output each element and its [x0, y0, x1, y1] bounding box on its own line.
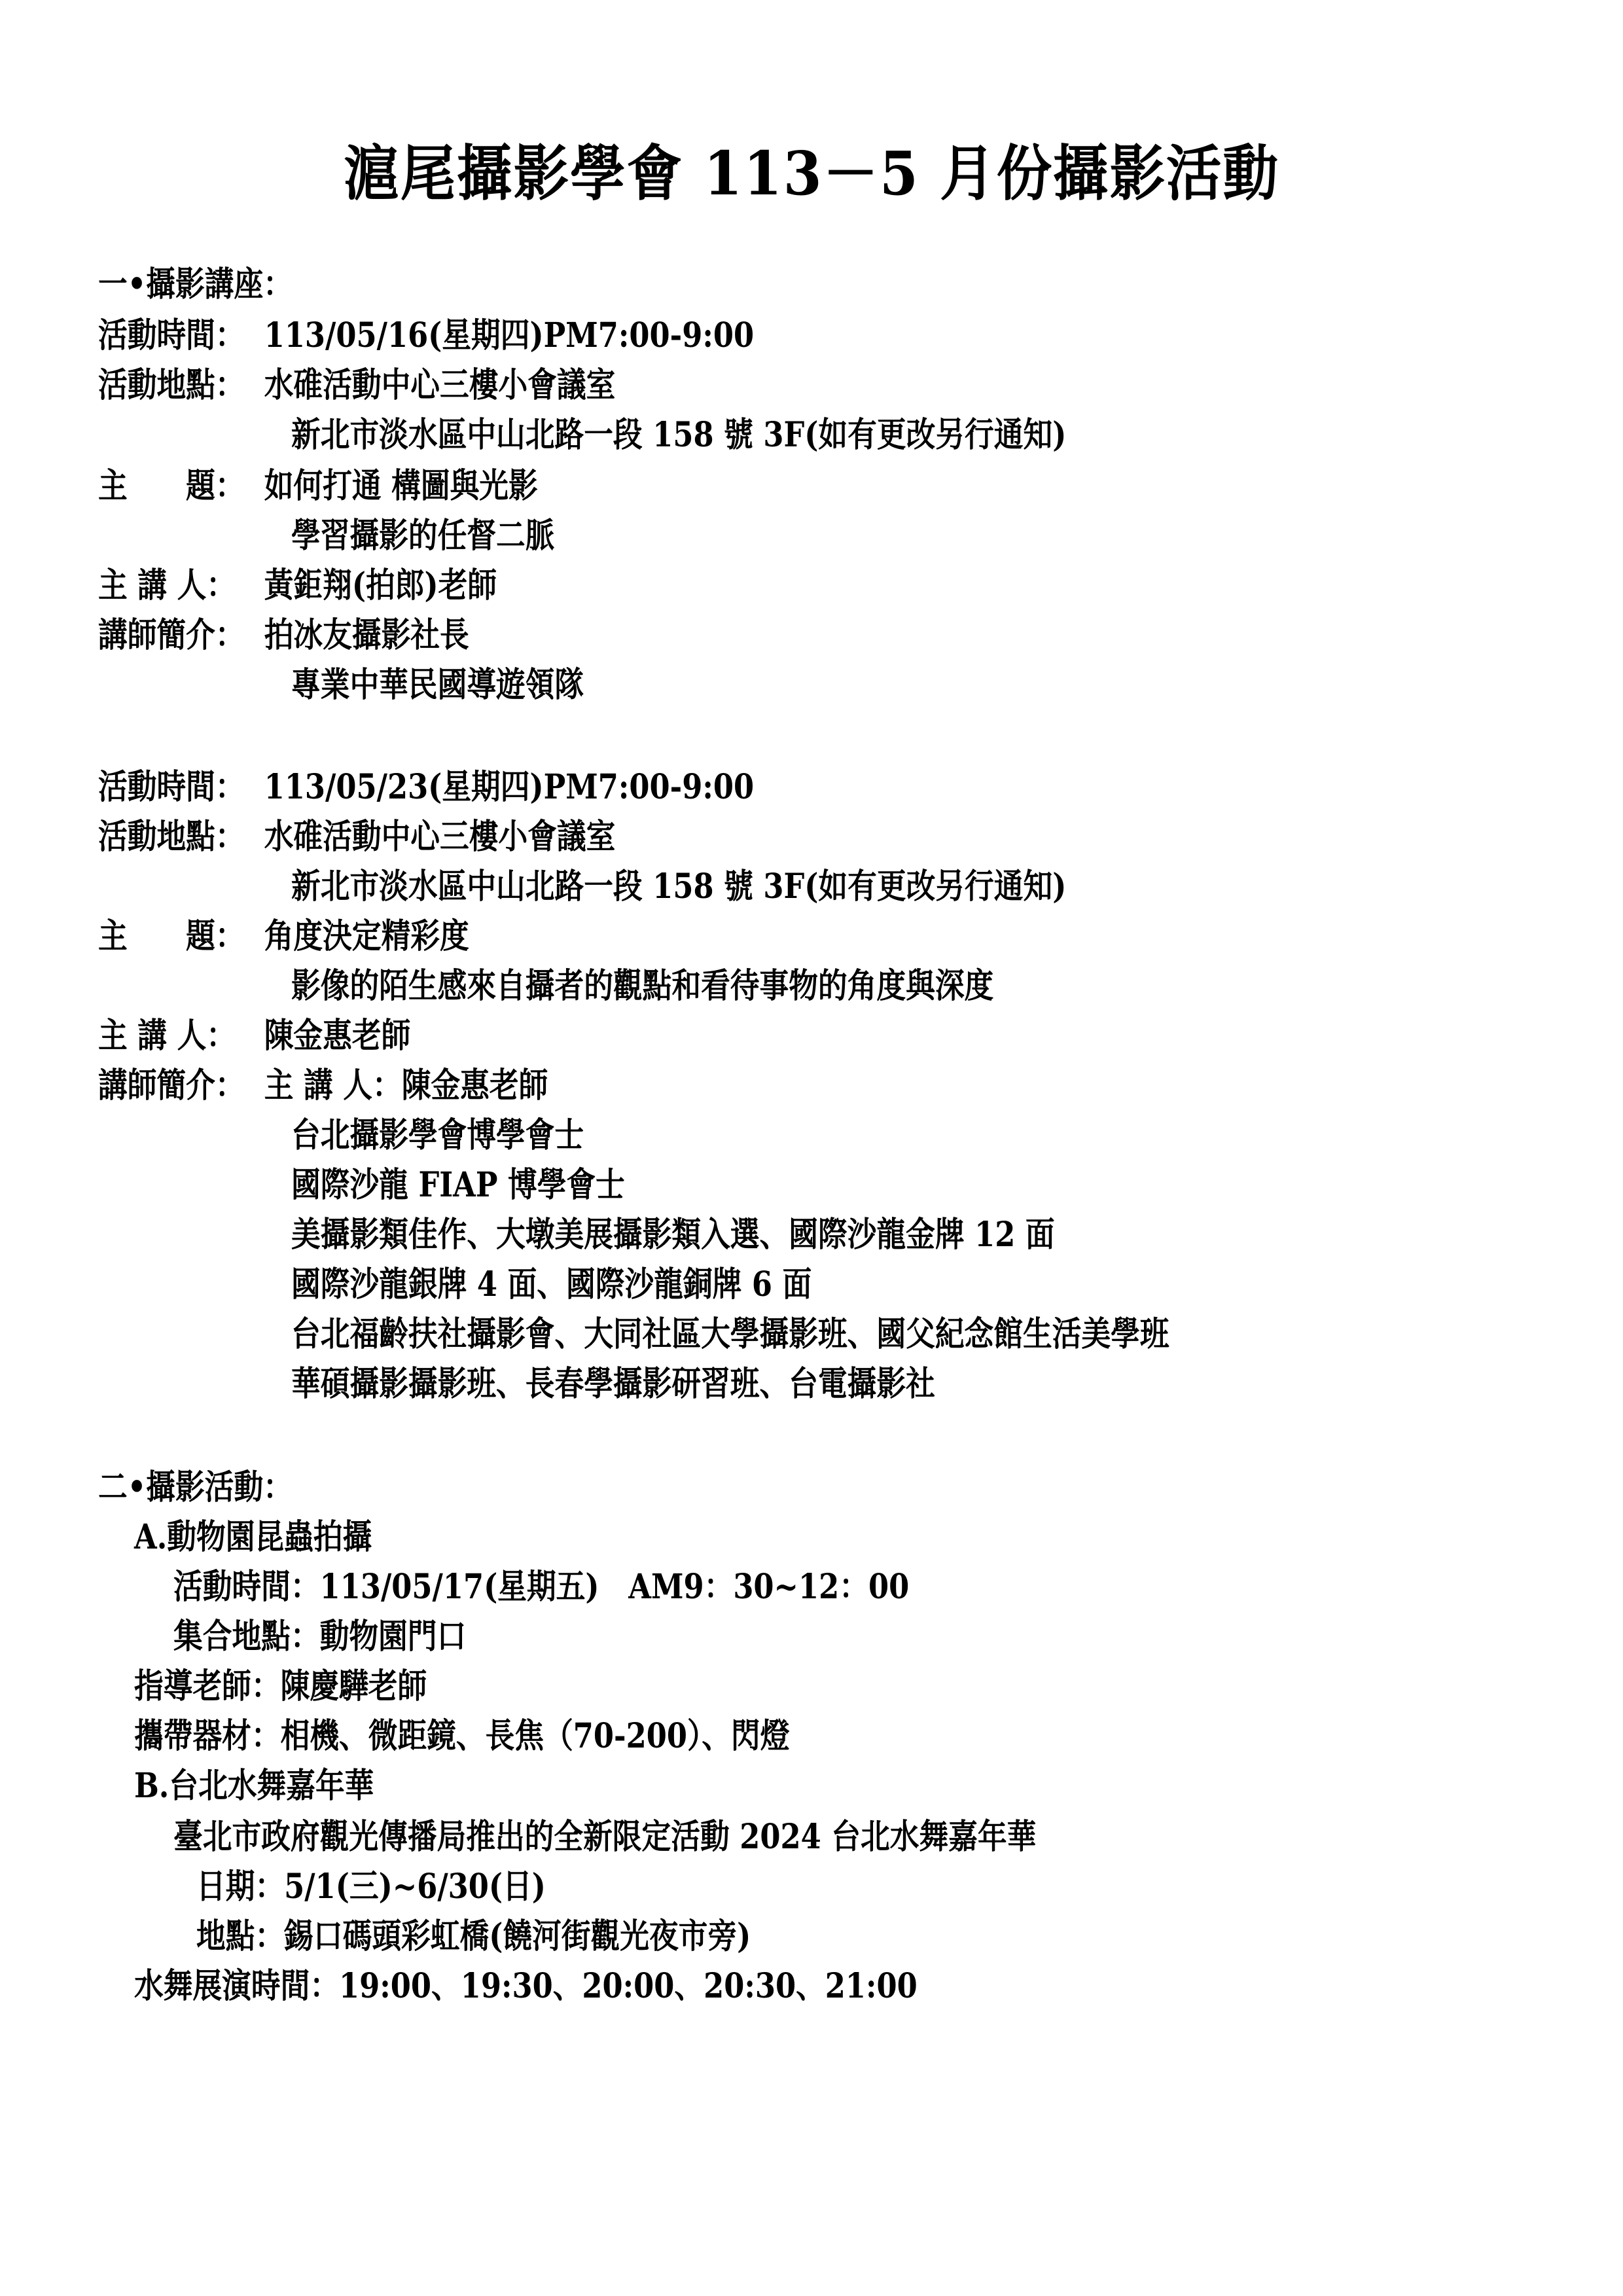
topic-label: 主 題： [98, 914, 264, 960]
section2-heading: 二•攝影活動： [98, 1465, 293, 1511]
lecture2-address: 新北市淡水區中山北路一段 158 號 3F(如有更改另行通知) [291, 864, 1066, 910]
activity-b-show-times: 水舞展演時間：19:00、19:30、20:00、20:30、21:00 [134, 1964, 918, 2009]
lecture2-bio: 講師簡介：主 講 人：陳金惠老師 [98, 1063, 548, 1109]
speaker-value: 黃鉅翔(拍郎)老師 [264, 565, 497, 605]
place-label: 活動地點： [98, 814, 264, 860]
lecture2-time: 活動時間：113/05/23(星期四)PM7:00-9:00 [98, 764, 754, 810]
topic-label: 主 題： [98, 463, 264, 509]
topic-line: 角度決定精彩度 [264, 916, 469, 956]
place-value: 水碓活動中心三樓小會議室 [264, 365, 616, 405]
time-label: 活動時間： [98, 764, 264, 810]
activity-b-title: B.台北水舞嘉年華 [134, 1763, 374, 1809]
lecture2-bio-line-5: 國際沙龍銀牌 4 面、國際沙龍銅牌 6 面 [291, 1262, 811, 1308]
place-label: 活動地點： [98, 363, 264, 408]
time-label: 活動時間： [98, 313, 264, 359]
time-value: 113/05/16(星期四)PM7:00-9:00 [264, 315, 754, 355]
place-value: 水碓活動中心三樓小會議室 [264, 817, 616, 857]
lecture1-topic: 主 題：如何打通 構圖與光影 [98, 463, 538, 509]
lecture2-topic-line-2: 影像的陌生感來自攝者的觀點和看待事物的角度與深度 [291, 963, 993, 1009]
lecture1-speaker: 主 講 人：黃鉅翔(拍郎)老師 [98, 563, 497, 609]
lecture2-place: 活動地點：水碓活動中心三樓小會議室 [98, 814, 615, 860]
speaker-label: 主 講 人： [98, 1013, 264, 1059]
activity-b-date: 日期：5/1(三)~6/30(日) [196, 1864, 546, 1910]
activity-a-title: A.動物園昆蟲拍攝 [134, 1515, 372, 1560]
lecture2-bio-line-2: 台北攝影學會博學會士 [291, 1113, 584, 1158]
bio-label: 講師簡介： [98, 1063, 264, 1109]
bio-line: 拍冰友攝影社長 [264, 615, 469, 655]
lecture1-place: 活動地點：水碓活動中心三樓小會議室 [98, 363, 615, 408]
activity-b-description: 臺北市政府觀光傳播局推出的全新限定活動 2024 台北水舞嘉年華 [173, 1814, 1036, 1860]
lecture1-bio: 講師簡介：拍冰友攝影社長 [98, 613, 469, 658]
topic-line: 如何打通 構圖與光影 [264, 466, 538, 506]
section1-heading: 一•攝影講座： [98, 262, 293, 308]
activity-a-time: 活動時間：113/05/17(星期五) AM9：30~12：00 [173, 1564, 909, 1610]
lecture1-topic-line-2: 學習攝影的任督二脈 [291, 513, 554, 559]
lecture1-address: 新北市淡水區中山北路一段 158 號 3F(如有更改另行通知) [291, 412, 1066, 458]
lecture2-bio-line-4: 美攝影類佳作、大墩美展攝影類入選、國際沙龍金牌 12 面 [291, 1212, 1055, 1258]
speaker-label: 主 講 人： [98, 563, 264, 609]
lecture2-bio-line-3: 國際沙龍 FIAP 博學會士 [291, 1162, 625, 1208]
lecture1-bio-line-2: 專業中華民國導遊領隊 [291, 662, 584, 708]
document-page: 滬尾攝影學會 113－5 月份攝影活動 一•攝影講座： 活動時間：113/05/… [0, 0, 1623, 2296]
lecture2-bio-line-6: 台北福齡扶社攝影會、大同社區大學攝影班、國父紀念館生活美學班 [291, 1312, 1169, 1357]
time-value: 113/05/23(星期四)PM7:00-9:00 [264, 767, 754, 807]
lecture1-time: 活動時間：113/05/16(星期四)PM7:00-9:00 [98, 313, 754, 359]
document-title: 滬尾攝影學會 113－5 月份攝影活動 [65, 134, 1558, 213]
activity-a-teacher: 指導老師：陳慶驊老師 [134, 1664, 427, 1710]
speaker-value: 陳金惠老師 [264, 1016, 411, 1056]
activity-a-equipment: 攜帶器材：相機、微距鏡、長焦（70-200）、閃燈 [134, 1713, 789, 1759]
activity-b-place: 地點：錫口碼頭彩虹橋(饒河街觀光夜市旁) [196, 1914, 751, 1960]
bio-line: 主 講 人：陳金惠老師 [264, 1066, 548, 1105]
lecture2-bio-line-7: 華碩攝影攝影班、長春學攝影研習班、台電攝影社 [291, 1361, 935, 1407]
bio-label: 講師簡介： [98, 613, 264, 658]
activity-a-meeting-place: 集合地點：動物園門口 [173, 1614, 466, 1660]
lecture2-topic: 主 題：角度決定精彩度 [98, 914, 469, 960]
lecture2-speaker: 主 講 人：陳金惠老師 [98, 1013, 410, 1059]
